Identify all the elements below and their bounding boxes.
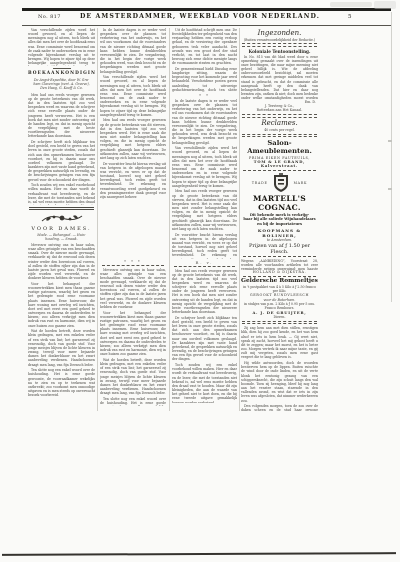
martell-crest-icon [272,173,290,193]
paragraph: In de laatste dagen is er weder veel ges… [100,28,166,74]
scan-artifact [374,1,396,9]
salon-ad-firm: TOM & LE GRAND, Kalverstraat. [241,160,318,168]
gelder-ad-title: Geldersche Rommeltjes [241,278,318,284]
paragraph: Mevrouw ontving ons in haar salon, waar … [28,243,95,280]
paragraph-separator: * * [172,94,237,98]
book-review-text: Men had ons reeds vroeger gewezen op de … [28,93,95,205]
article-text: In de laatste dagen is er weder veel ges… [100,28,166,258]
article-text: Uit de hoofdstad schrijft men ons: De fe… [172,28,237,92]
column-2: In de laatste dagen is er weder veel ges… [100,28,166,411]
reclames-rate: 40 cents per regel. [241,128,318,132]
martell-ad-body-line: en bij de importateurs [242,222,317,226]
dashed-rule [174,266,235,267]
dashed-rule-double [242,321,317,325]
dashed-rule [102,265,164,266]
small-ad-paragraph: Wegens „AANBIEDING”, Voorstraat 28, word… [241,259,318,270]
scan-artifact [388,140,392,142]
paragraph: Mevrouw ontving ons in haar salon, waar … [100,268,166,310]
paragraph: Toch zouden wij een enkel voorbehoud wil… [172,363,237,402]
article-text: In de laatste dagen is er weder veel ges… [172,99,237,259]
martell-importer: KOOPMANS & BOLINIER, [241,228,318,238]
column-rule [169,28,170,411]
page-number: 5 [348,14,352,20]
paragraph: De voorzitter bracht hierna verslag uit … [100,162,166,199]
paragraph: Van verschillende zijden werd het woord … [28,28,95,66]
small-ad-text: Wegens „AANBIEDING”, Voorstraat 28, word… [241,259,318,270]
salon-ad-title: Salon-Ameublementen. [241,139,318,155]
paragraph: In de laatste dagen is er weder veel ges… [172,99,237,145]
paragraph: Men had ons reeds vroeger gewezen op de … [100,118,166,160]
paragraph-separator: * * * [100,260,166,264]
paragraph: Zij zag hem aan met dien stillen, ernsti… [241,326,318,359]
paragraph: Van verschillende zijden werd het woord … [172,146,237,188]
martell-price: Prijzen van af ƒ 1.50 per Flesch. [241,243,318,255]
paragraph: Men had ons reeds vroeger gewezen op de … [172,269,237,315]
book-reference-lines: De Angst-Expeditie, door W. Gra-ham Clav… [28,78,95,91]
paragraph: Wat de hoeden betreft, deze worden klein… [28,329,95,366]
paragraph: Voor het behangsel der woonvertrekken ki… [28,282,95,328]
salon-ad-line: PRIMA EIKEN FAUTEUILS, [241,156,318,160]
paragraph: De gemeenteraad hield Dinsdag eene langd… [172,67,237,92]
paragraph: De voorzitter bracht hierna verslag uit … [172,233,237,259]
masthead-title: DE AMSTERDAMMER, WEEKBLAD VOOR NEDERLAND… [0,13,400,20]
column-4-advertisements: Ingezonden. (Buiten verantwoordelijkheid… [241,28,318,411]
dashed-rule [243,276,316,277]
dashed-rule [243,256,316,257]
paragraph: Ten slotte nog een enkel woord over de h… [28,368,95,397]
letter-signature-city: Rotterdam aan Het Kanaal. [241,108,318,112]
paragraph: Den Haag, G. Kooff & Co. [28,86,95,90]
ingezonden-title: Ingezonden. [241,29,318,37]
section-heading-voor-dames: VOOR DAMES. [28,226,95,232]
reclames-title: Reclames. [241,119,318,127]
author-initials: R. v. [172,261,237,265]
header-top-rule [22,8,391,11]
small-ad-firm: HOLLAND & DIJKSTRA. [241,270,318,274]
paragraph: In No. 815 van dit blad werd door u eene… [241,55,318,100]
gelder-ad-line: in 't postpakket van 4 à 5 Kilo à ƒ 2.50… [241,285,318,293]
column-1: Van verschillende zijden werd het woord … [28,28,95,411]
paragraph: Voor het behangsel der woonvertrekken ki… [100,311,166,357]
gelder-ad-heading2: GEROOKT RUNDVLEESCH [241,293,318,297]
column-rule [97,28,98,411]
trademark-row: TRADE MARK [241,173,318,193]
paragraph: Hij wilde antwoorden, doch de woorden be… [241,361,318,403]
paragraph: Wat de hoeden betreft, deze worden klein… [100,358,166,395]
paragraph: Men had ons reeds vroeger gewezen op de … [28,93,95,139]
paragraph: Den volgenden morgen, toen de zon over d… [241,404,318,411]
section-divider [53,68,71,69]
article-continuation: Van verschillende zijden werd het woord … [28,28,95,66]
serial-story-text: Zij zag hem aan met dien stillen, ernsti… [241,326,318,411]
ingezonden-note: (Buiten verantwoordelijkheid der Redacti… [241,38,318,42]
bottom-scan-edge [2,552,396,556]
dashed-rule [243,170,316,171]
section-heading-boekaankondiging: BOEKAANKONDIGING. [28,71,95,76]
martell-importer-city: te Amsterdam. [241,238,318,242]
mark-label: MARK [294,181,308,185]
scan-artifact [388,188,392,190]
voor-dames-subtitle: Mode. — Behangsel. — Huis-houding. — Sma… [28,233,95,241]
paragraph: Uit de hoofdstad schrijft men ons: De fe… [172,28,237,65]
floral-ornament [40,212,84,225]
section-divider-double [29,207,94,210]
ingezonden-letter-text: In No. 815 van dit blad werd door u eene… [241,55,318,100]
page-edge-line [391,12,392,302]
paragraph: De schrijver heeft zich blijkbaar ten do… [172,316,237,362]
paragraph: Toch zouden wij een enkel voorbehoud wil… [28,183,95,205]
scan-artifact [330,2,372,7]
dashed-rule-double [242,134,317,138]
paragraph: De schrijver heeft zich blijkbaar ten do… [28,140,95,182]
newspaper-page: No. 817 DE AMSTERDAMMER, WEEKBLAD VOOR N… [0,0,400,562]
trade-label: TRADE [252,181,268,185]
paragraph: Men had ons reeds vroeger gewezen op de … [172,189,237,231]
gelder-ad-firm: A. J. DE GRUIJTER, [241,311,318,315]
voor-dames-text: Mevrouw ontving ons in haar salon, waar … [28,243,95,403]
column-rule [239,28,240,411]
dashed-rule-double [242,43,317,47]
gelder-ad-city: Dieren. [241,315,318,319]
paragraph: Van verschillende zijden werd het woord … [100,75,166,117]
header-bottom-rule [22,25,391,26]
paragraph: houding. — Smaak. [28,237,95,241]
martell-ad-title: MARTELL'S COGNAC. [241,194,318,212]
gelder-ad-sub: voor de Boterham. [241,298,318,302]
dashed-rule-double [242,114,317,118]
article-text: Men had ons reeds vroeger gewezen op de … [172,269,237,403]
paragraph: Ten slotte nog een enkel woord over de h… [100,397,166,406]
column-3: Uit de hoofdstad schrijft men ons: De fe… [172,28,237,411]
ingezonden-heading: Koloniale Tentoonstelling. [241,49,318,54]
gelder-ad-line: in stukjes van p.m. 2 Kilo à ƒ 0.95 per … [241,302,318,310]
article-text: Mevrouw ontving ons in haar salon, waar … [100,268,166,406]
